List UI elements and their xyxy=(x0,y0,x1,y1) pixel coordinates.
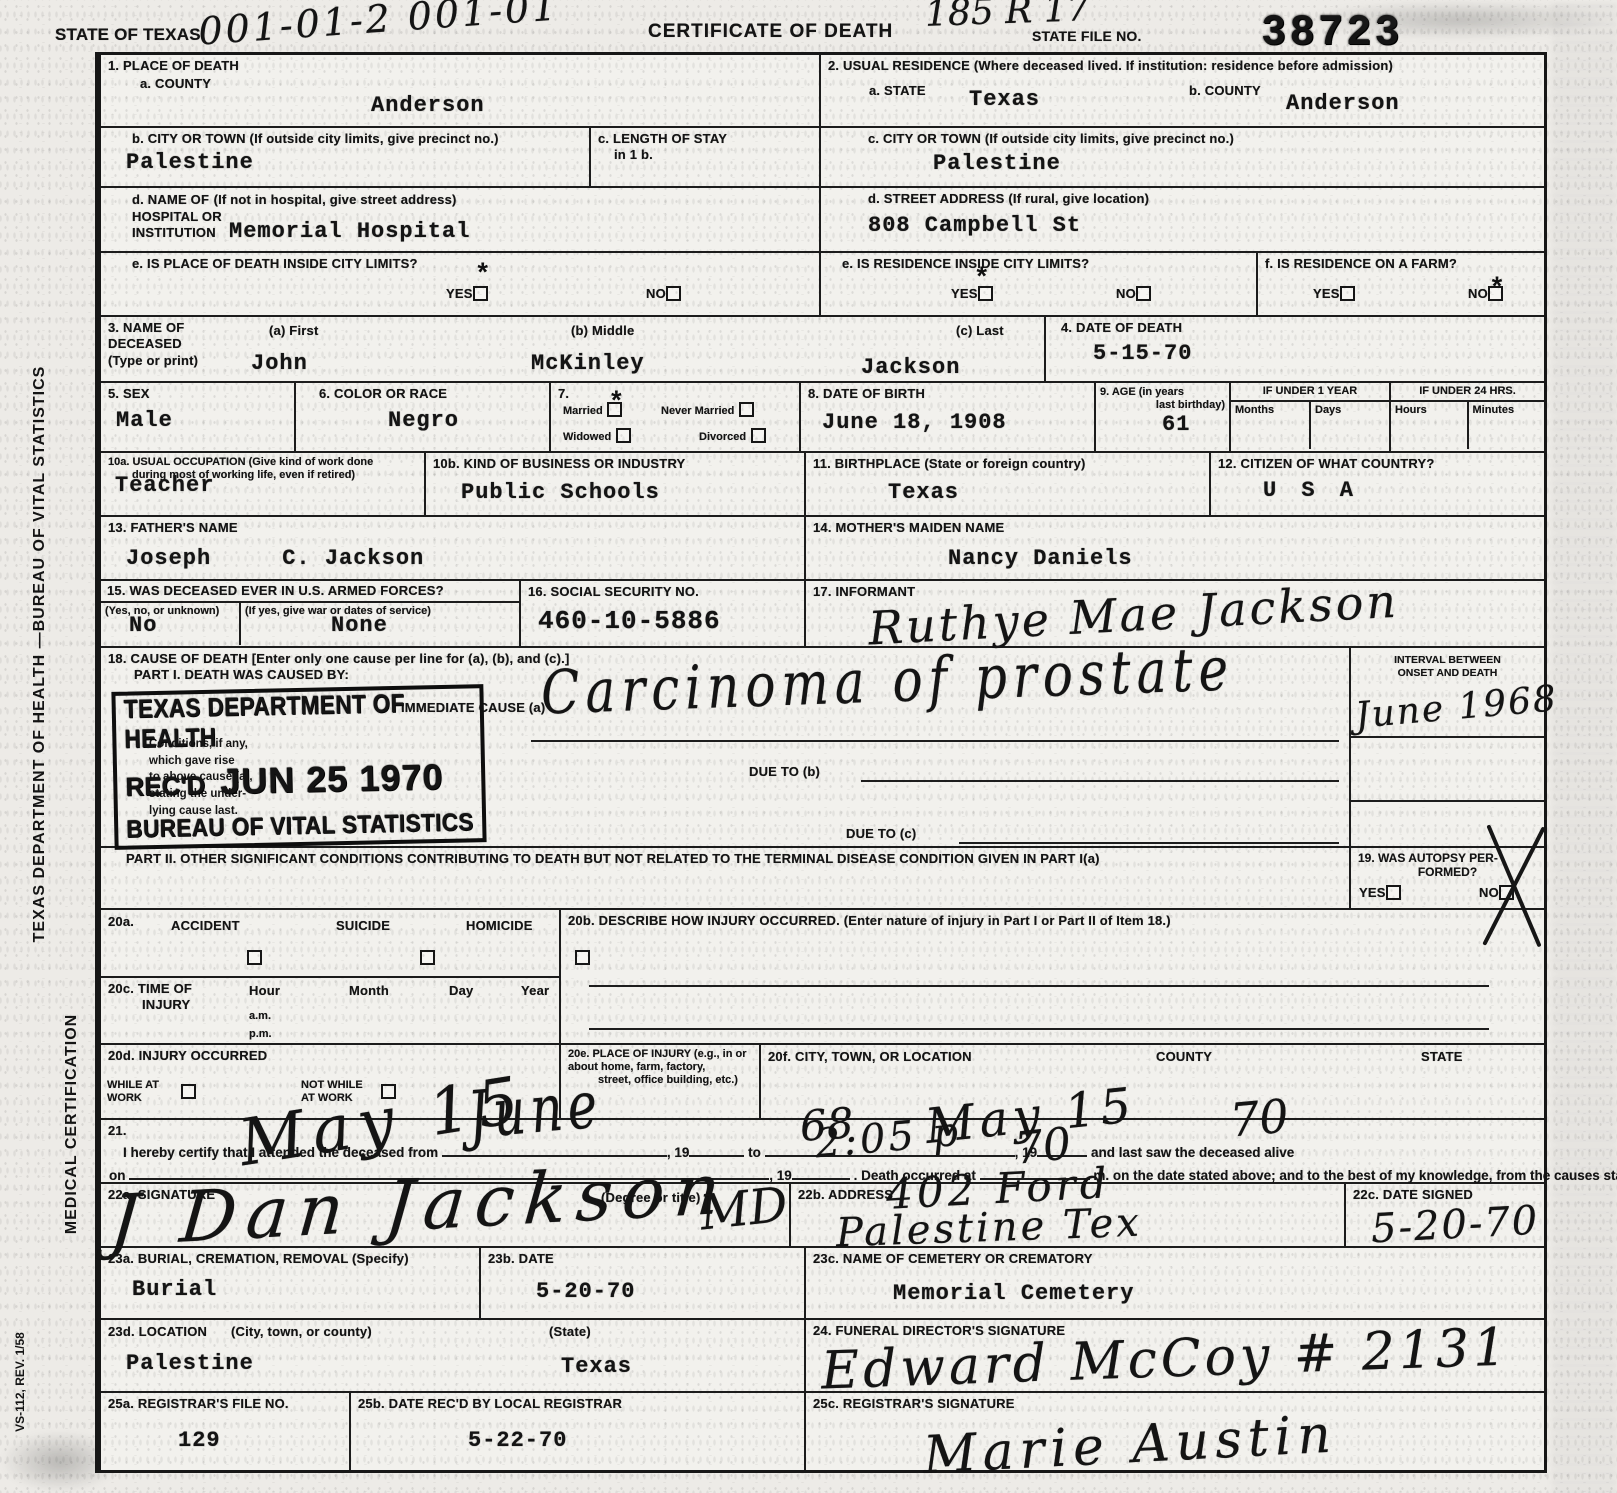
stamp-line-1: TEXAS DEPARTMENT OF HEALTH xyxy=(123,687,472,754)
certify-blank-on xyxy=(129,1165,769,1180)
citizen-label: 12. CITIZEN OF WHAT COUNTRY? xyxy=(1218,456,1537,472)
months-label: Months xyxy=(1231,402,1311,449)
field-race: 6. COLOR OR RACE Negro xyxy=(296,383,551,451)
armed-forces-label: 15. WAS DECEASED EVER IN U.S. ARMED FORC… xyxy=(101,581,519,603)
accident-checkbox xyxy=(247,949,262,967)
injury-line-1 xyxy=(589,985,1489,987)
field-marital-status: 7. Married * Never Married Widowed Divor… xyxy=(551,383,801,451)
father-label: 13. FATHER'S NAME xyxy=(108,520,797,536)
location-note: (City, town, or county) xyxy=(231,1324,372,1340)
group-if-under-24-hrs: IF UNDER 24 HRS. Hours Minutes xyxy=(1391,383,1544,451)
pm-label: p.m. xyxy=(249,1028,272,1041)
field-date-signed: 22c. DATE SIGNED 5-20-70 xyxy=(1346,1184,1546,1246)
field-place-of-death: 1. PLACE OF DEATH a. COUNTY Anderson xyxy=(101,55,821,126)
widowed-label: Widowed xyxy=(563,431,611,443)
interval-divider-2 xyxy=(1351,800,1544,802)
date-of-death-value: 5-15-70 xyxy=(1093,343,1537,365)
day-label: Day xyxy=(449,983,473,999)
field-ssn: 16. SOCIAL SECURITY NO. 460-10-5886 xyxy=(521,581,806,646)
certify-blank-on-year xyxy=(792,1165,850,1180)
residence-limits-yes-mark: * xyxy=(974,267,990,294)
certify-to: to xyxy=(748,1145,761,1160)
middle-name-value: McKinley xyxy=(531,353,645,375)
field-cause-of-death: 18. CAUSE OF DEATH [Enter only one cause… xyxy=(101,648,1351,846)
interval-value: June 1968 xyxy=(1354,681,1560,735)
death-limits-yes-checkbox: * xyxy=(473,285,488,303)
am-label: a.m. xyxy=(249,1010,271,1023)
field-injury-city: 20f. CITY, TOWN, OR LOCATION COUNTY STAT… xyxy=(761,1045,1544,1118)
occupation-value: Teacher xyxy=(115,475,214,497)
while-at-work-checkbox xyxy=(181,1083,196,1101)
certify-blank-from xyxy=(442,1142,667,1157)
farm-no-label: NO xyxy=(1468,286,1488,301)
field-birthplace: 11. BIRTHPLACE (State or foreign country… xyxy=(806,453,1211,515)
label-21: 21. xyxy=(108,1123,1537,1139)
field-father-name: 13. FATHER'S NAME Joseph C. Jackson xyxy=(101,517,806,579)
certify-comma-c: , 19 xyxy=(769,1168,792,1183)
part2-label: PART II. OTHER SIGNIFICANT CONDITIONS CO… xyxy=(126,851,1306,867)
mother-value: Nancy Daniels xyxy=(948,548,1537,570)
field-funeral-director: 24. FUNERAL DIRECTOR'S SIGNATURE Edward … xyxy=(806,1320,1544,1391)
death-limits-yes-mark: * xyxy=(475,263,491,290)
injury-state-label: STATE xyxy=(1421,1049,1463,1065)
farm-yes-label: YES xyxy=(1313,286,1340,301)
field-mother-name: 14. MOTHER'S MAIDEN NAME Nancy Daniels xyxy=(806,517,1544,579)
place-city-label: b. CITY OR TOWN (If outside city limits,… xyxy=(132,131,582,147)
last-name-label: (c) Last xyxy=(956,323,1004,339)
place-county-value: Anderson xyxy=(371,95,485,117)
date-signed-value: 5-20-70 xyxy=(1370,1201,1540,1250)
field-sex: 5. SEX Male xyxy=(101,383,296,451)
age-label-2: last birthday) xyxy=(1100,399,1225,412)
address-line-2: Palestine Tex xyxy=(835,1203,1142,1254)
cause-b-line xyxy=(861,780,1339,782)
field-street-address: d. STREET ADDRESS (If rural, give locati… xyxy=(821,188,1544,251)
while-at-work-label-2: WORK xyxy=(107,1092,142,1104)
death-limits-yes-label: YES xyxy=(446,286,473,301)
under-24-hrs-label: IF UNDER 24 HRS. xyxy=(1391,383,1544,402)
residence-limits-no-checkbox xyxy=(1136,285,1151,303)
registrar-file-value: 129 xyxy=(178,1430,342,1452)
certificate-form: 1. PLACE OF DEATH a. COUNTY Anderson 2. … xyxy=(95,52,1547,1473)
stamp-recd: REC'D xyxy=(125,770,205,802)
location-value: Palestine xyxy=(126,1353,797,1375)
minutes-label: Minutes xyxy=(1469,402,1545,449)
interval-label-1: INTERVAL BETWEEN xyxy=(1355,654,1540,667)
hour-label: Hour xyxy=(249,983,280,999)
label-20c-1: 20c. TIME OF xyxy=(108,981,552,997)
place-of-death-heading: 1. PLACE OF DEATH xyxy=(108,58,812,74)
divorced-checkbox xyxy=(751,427,766,445)
year-label: Year xyxy=(521,983,549,999)
sex-value: Male xyxy=(116,410,287,432)
field-place-of-injury: 20e. PLACE OF INJURY (e.g., in or about … xyxy=(561,1045,761,1118)
field-certification-statement: 21. I hereby certify that I attended the… xyxy=(101,1120,1544,1182)
age-label-1: 9. AGE (in years xyxy=(1100,386,1225,399)
days-label: Days xyxy=(1311,402,1389,449)
certify-text-2b: m. on the date stated above; and to the … xyxy=(1093,1168,1617,1183)
certify-blank-to xyxy=(765,1142,1015,1157)
first-name-value: John xyxy=(251,353,308,375)
residence-county-label: b. COUNTY xyxy=(1189,83,1261,99)
residence-state-label: a. STATE xyxy=(869,83,926,99)
label-20e-1: 20e. PLACE OF INJURY (e.g., in or about … xyxy=(568,1048,752,1074)
field-hospital: d. NAME OF (If not in hospital, give str… xyxy=(101,188,821,251)
residence-city-label: c. CITY OR TOWN (If outside city limits,… xyxy=(868,131,1537,147)
residence-city-value: Palestine xyxy=(933,153,1537,175)
field-age: 9. AGE (in years last birthday) 61 xyxy=(1096,383,1231,451)
registrar-file-label: 25a. REGISTRAR'S FILE NO. xyxy=(108,1396,342,1412)
field-name-of-deceased: 3. NAME OF DECEASED (Type or print) (a) … xyxy=(101,317,1046,381)
stamp-date: JUN 25 1970 xyxy=(220,756,444,802)
certify-text-1b: and last saw the deceased alive xyxy=(1091,1145,1294,1160)
certify-comma-b: , 19 xyxy=(1015,1145,1038,1160)
registrar-date-value: 5-22-70 xyxy=(468,1430,797,1452)
degree-label: (Degree or title) xyxy=(601,1190,700,1206)
cemetery-label: 23c. NAME OF CEMETERY OR CREMATORY xyxy=(813,1251,1537,1267)
due-to-c-label: DUE TO (c) xyxy=(846,826,916,842)
field-injury-occurred: 20d. INJURY OCCURRED WHILE ATWORK NOT WH… xyxy=(101,1045,561,1118)
certify-blank-to-year xyxy=(1037,1142,1087,1157)
burial-date-label: 23b. DATE xyxy=(488,1251,797,1267)
death-limits-no-label: NO xyxy=(646,286,666,301)
farm-no-mark: * xyxy=(1489,277,1505,304)
autopsy-yes-label: YES xyxy=(1359,885,1386,900)
group-if-under-1-year: IF UNDER 1 YEAR Months Days xyxy=(1231,383,1391,451)
marital-label: 7. xyxy=(558,386,792,402)
armed-forces-value-2: None xyxy=(331,615,388,637)
field-residence-on-farm: f. IS RESIDENCE ON A FARM? YES NO* xyxy=(1258,253,1544,315)
form-code-vertical-text: VS-112, REV. 1/58 xyxy=(13,1287,27,1477)
under-1-year-label: IF UNDER 1 YEAR xyxy=(1231,383,1389,402)
hours-label: Hours xyxy=(1391,402,1469,449)
registrar-date-label: 25b. DATE REC'D BY LOCAL REGISTRAR xyxy=(358,1396,797,1412)
label-20f: 20f. CITY, TOWN, OR LOCATION xyxy=(768,1049,972,1064)
never-married-label: Never Married xyxy=(661,405,734,417)
autopsy-no-x-mark xyxy=(1466,820,1562,952)
suicide-label: SUICIDE xyxy=(336,918,390,934)
stamp-date-line: REC'D JUN 25 1970 xyxy=(125,755,474,804)
last-name-value: Jackson xyxy=(861,357,960,379)
field-describe-injury: 20b. DESCRIBE HOW INJURY OCCURRED. (Ente… xyxy=(561,910,1544,1043)
industry-value: Public Schools xyxy=(461,482,797,504)
farm-yes-checkbox xyxy=(1340,285,1355,303)
industry-label: 10b. KIND OF BUSINESS OR INDUSTRY xyxy=(433,456,797,472)
married-checkbox: * xyxy=(607,401,622,419)
cause-c-line xyxy=(959,842,1339,844)
first-name-label: (a) First xyxy=(269,323,318,339)
field-autopsy: 19. WAS AUTOPSY PER- FORMED? YES NO xyxy=(1351,848,1544,908)
not-while-at-work-checkbox xyxy=(381,1083,396,1101)
left-margin-department-text: TEXAS DEPARTMENT OF HEALTH —BUREAU OF VI… xyxy=(31,19,49,1289)
hospital-value: Memorial Hospital xyxy=(229,221,470,243)
residence-limits-label: e. IS RESIDENCE INSIDE CITY LIMITS? xyxy=(842,256,1249,272)
armed-forces-war: (If yes, give war or dates of service) N… xyxy=(241,603,519,645)
burial-date-value: 5-20-70 xyxy=(536,1281,797,1303)
field-date-of-birth: 8. DATE OF BIRTH June 18, 1908 xyxy=(801,383,1096,451)
label-20d: 20d. INJURY OCCURRED xyxy=(108,1048,552,1064)
field-residence-city: c. CITY OR TOWN (If outside city limits,… xyxy=(821,128,1544,186)
field-physician-address: 22b. ADDRESS 402 Ford Palestine Tex xyxy=(791,1184,1346,1246)
medical-certification-vertical-text: MEDICAL CERTIFICATION xyxy=(63,824,81,1424)
field-burial-date: 23b. DATE 5-20-70 xyxy=(481,1248,806,1318)
certify-text-1a: I hereby certify that I attended the dec… xyxy=(123,1145,438,1160)
state-note: (State) xyxy=(549,1324,591,1340)
while-at-work-label-1: WHILE AT xyxy=(107,1079,159,1091)
birthplace-value: Texas xyxy=(888,482,1202,504)
middle-name-label: (b) Middle xyxy=(571,323,634,339)
farm-label: f. IS RESIDENCE ON A FARM? xyxy=(1265,256,1537,272)
street-address-value: 808 Campbell St xyxy=(868,215,1537,237)
certificate-title: CERTIFICATE OF DEATH xyxy=(648,20,893,44)
field-part2-conditions: PART II. OTHER SIGNIFICANT CONDITIONS CO… xyxy=(101,848,1351,908)
field-accident-suicide-homicide: 20a. ACCIDENT SUICIDE HOMICIDE xyxy=(101,910,559,978)
death-limits-label: e. IS PLACE OF DEATH INSIDE CITY LIMITS? xyxy=(132,256,812,272)
citizen-value: U S A xyxy=(1263,480,1537,502)
widowed-checkbox xyxy=(616,427,631,445)
certify-comma-a: , 19 xyxy=(667,1145,690,1160)
field-burial-location: 23d. LOCATION (City, town, or county) Pa… xyxy=(101,1320,806,1391)
ssn-label: 16. SOCIAL SECURITY NO. xyxy=(528,584,797,600)
received-stamp: TEXAS DEPARTMENT OF HEALTH REC'D JUN 25 … xyxy=(111,684,486,850)
certify-on: on xyxy=(109,1168,126,1183)
married-mark: * xyxy=(608,391,624,418)
burial-label: 23a. BURIAL, CREMATION, REMOVAL (Specify… xyxy=(108,1251,472,1267)
field-place-city: b. CITY OR TOWN (If outside city limits,… xyxy=(101,128,591,186)
label-20c-2: INJURY xyxy=(142,997,552,1013)
armed-forces-sub-1: (Yes, no, or unknown) xyxy=(105,605,235,618)
length-of-stay-label-2: in 1 b. xyxy=(614,147,812,163)
birthplace-label: 11. BIRTHPLACE (State or foreign country… xyxy=(813,456,1202,472)
field-date-of-death: 4. DATE OF DEATH 5-15-70 xyxy=(1046,317,1544,381)
field-interval: INTERVAL BETWEEN ONSET AND DEATH June 19… xyxy=(1351,648,1544,846)
death-limits-no-checkbox xyxy=(666,285,681,303)
injury-line-2 xyxy=(589,1028,1489,1030)
field-occupation: 10a. USUAL OCCUPATION (Give kind of work… xyxy=(101,453,426,515)
cemetery-value: Memorial Cemetery xyxy=(893,1283,1537,1305)
place-city-value: Palestine xyxy=(126,152,582,174)
burial-value: Burial xyxy=(132,1279,472,1301)
field-time-of-injury: 20c. TIME OF INJURY Hour Month Day Year … xyxy=(101,978,559,1043)
autopsy-yes-checkbox xyxy=(1386,884,1401,902)
field-citizen: 12. CITIZEN OF WHAT COUNTRY? U S A xyxy=(1211,453,1544,515)
field-registrar-file-no: 25a. REGISTRAR'S FILE NO. 129 xyxy=(101,1393,351,1470)
handwritten-precinct-codes: 001-01-2 001-01 xyxy=(197,0,560,51)
sex-label: 5. SEX xyxy=(108,386,287,402)
occupation-label-1: 10a. USUAL OCCUPATION (Give kind of work… xyxy=(108,456,417,469)
interval-divider-1 xyxy=(1351,736,1544,738)
field-registrar-signature: 25c. REGISTRAR'S SIGNATURE Marie Austin xyxy=(806,1393,1544,1470)
armed-forces-value-1: No xyxy=(129,615,157,637)
field-usual-residence: 2. USUAL RESIDENCE (Where deceased lived… xyxy=(821,55,1544,126)
field-registrar-date: 25b. DATE REC'D BY LOCAL REGISTRAR 5-22-… xyxy=(351,1393,806,1470)
month-label: Month xyxy=(349,983,389,999)
field-length-of-stay: c. LENGTH OF STAY in 1 b. xyxy=(591,128,821,186)
county-label: a. COUNTY xyxy=(140,76,812,92)
residence-limits-yes-checkbox: * xyxy=(978,285,993,303)
race-label: 6. COLOR OR RACE xyxy=(319,386,542,402)
label-20e-2: street, office building, etc.) xyxy=(598,1074,752,1087)
due-to-b-label: DUE TO (b) xyxy=(749,764,820,780)
residence-state-value: Texas xyxy=(969,89,1040,111)
stamp-line-3: BUREAU OF VITAL STATISTICS xyxy=(126,808,475,844)
state-file-number-stamp: 38723 xyxy=(1262,6,1404,54)
certify-blank-from-year xyxy=(689,1142,744,1157)
farm-no-checkbox: * xyxy=(1488,285,1503,303)
location-state-value: Texas xyxy=(561,1356,632,1378)
label-20a: 20a. xyxy=(108,914,134,929)
age-value: 61 xyxy=(1162,414,1225,436)
homicide-label: HOMICIDE xyxy=(466,918,533,934)
field-industry: 10b. KIND OF BUSINESS OR INDUSTRY Public… xyxy=(426,453,806,515)
street-address-label: d. STREET ADDRESS (If rural, give locati… xyxy=(868,191,1537,207)
date-of-death-label: 4. DATE OF DEATH xyxy=(1061,320,1537,336)
field-cemetery: 23c. NAME OF CEMETERY OR CREMATORY Memor… xyxy=(806,1248,1544,1318)
state-of-texas-label: STATE OF TEXAS xyxy=(55,24,201,45)
married-label: Married xyxy=(563,405,603,417)
location-label: 23d. LOCATION xyxy=(108,1324,207,1339)
length-of-stay-label: c. LENGTH OF STAY xyxy=(598,131,812,147)
usual-residence-heading: 2. USUAL RESIDENCE (Where deceased lived… xyxy=(828,58,1537,74)
cause-a-line xyxy=(531,740,1339,742)
field-physician-signature: 22a. SIGNATURE (Degree or title) xyxy=(101,1184,791,1246)
race-value: Negro xyxy=(388,410,542,432)
residence-county-value: Anderson xyxy=(1286,93,1400,115)
mother-label: 14. MOTHER'S MAIDEN NAME xyxy=(813,520,1537,536)
not-while-label-1: NOT WHILE xyxy=(301,1079,363,1091)
armed-forces-yesno: (Yes, no, or unknown) No xyxy=(101,603,241,645)
accident-label: ACCIDENT xyxy=(171,918,240,934)
divorced-label: Divorced xyxy=(699,431,746,443)
residence-limits-no-label: NO xyxy=(1116,286,1136,301)
field-residence-inside-city-limits: e. IS RESIDENCE INSIDE CITY LIMITS? YES*… xyxy=(821,253,1258,315)
not-while-label-2: AT WORK xyxy=(301,1092,353,1104)
suicide-checkbox xyxy=(420,949,435,967)
hospital-label-1: d. NAME OF xyxy=(132,192,209,207)
field-death-inside-city-limits: e. IS PLACE OF DEATH INSIDE CITY LIMITS?… xyxy=(101,253,821,315)
ssn-value: 460-10-5886 xyxy=(538,608,797,634)
scanned-death-certificate: { "header": { "state_label": "STATE OF T… xyxy=(0,0,1617,1493)
dob-label: 8. DATE OF BIRTH xyxy=(808,386,1087,402)
injury-county-label: COUNTY xyxy=(1156,1049,1212,1065)
dob-value: June 18, 1908 xyxy=(822,412,1087,434)
group-armed-forces: 15. WAS DECEASED EVER IN U.S. ARMED FORC… xyxy=(101,581,521,646)
never-married-checkbox xyxy=(739,401,754,419)
interval-label-2: ONSET AND DEATH xyxy=(1355,667,1540,680)
scan-noise-right-band xyxy=(1552,0,1617,1493)
label-20b: 20b. DESCRIBE HOW INJURY OCCURRED. (Ente… xyxy=(568,913,1537,929)
state-file-no-label: STATE FILE NO. xyxy=(1032,28,1142,46)
hospital-note: (If not in hospital, give street address… xyxy=(214,192,457,207)
field-burial: 23a. BURIAL, CREMATION, REMOVAL (Specify… xyxy=(101,1248,481,1318)
father-value: Joseph C. Jackson xyxy=(126,548,797,570)
